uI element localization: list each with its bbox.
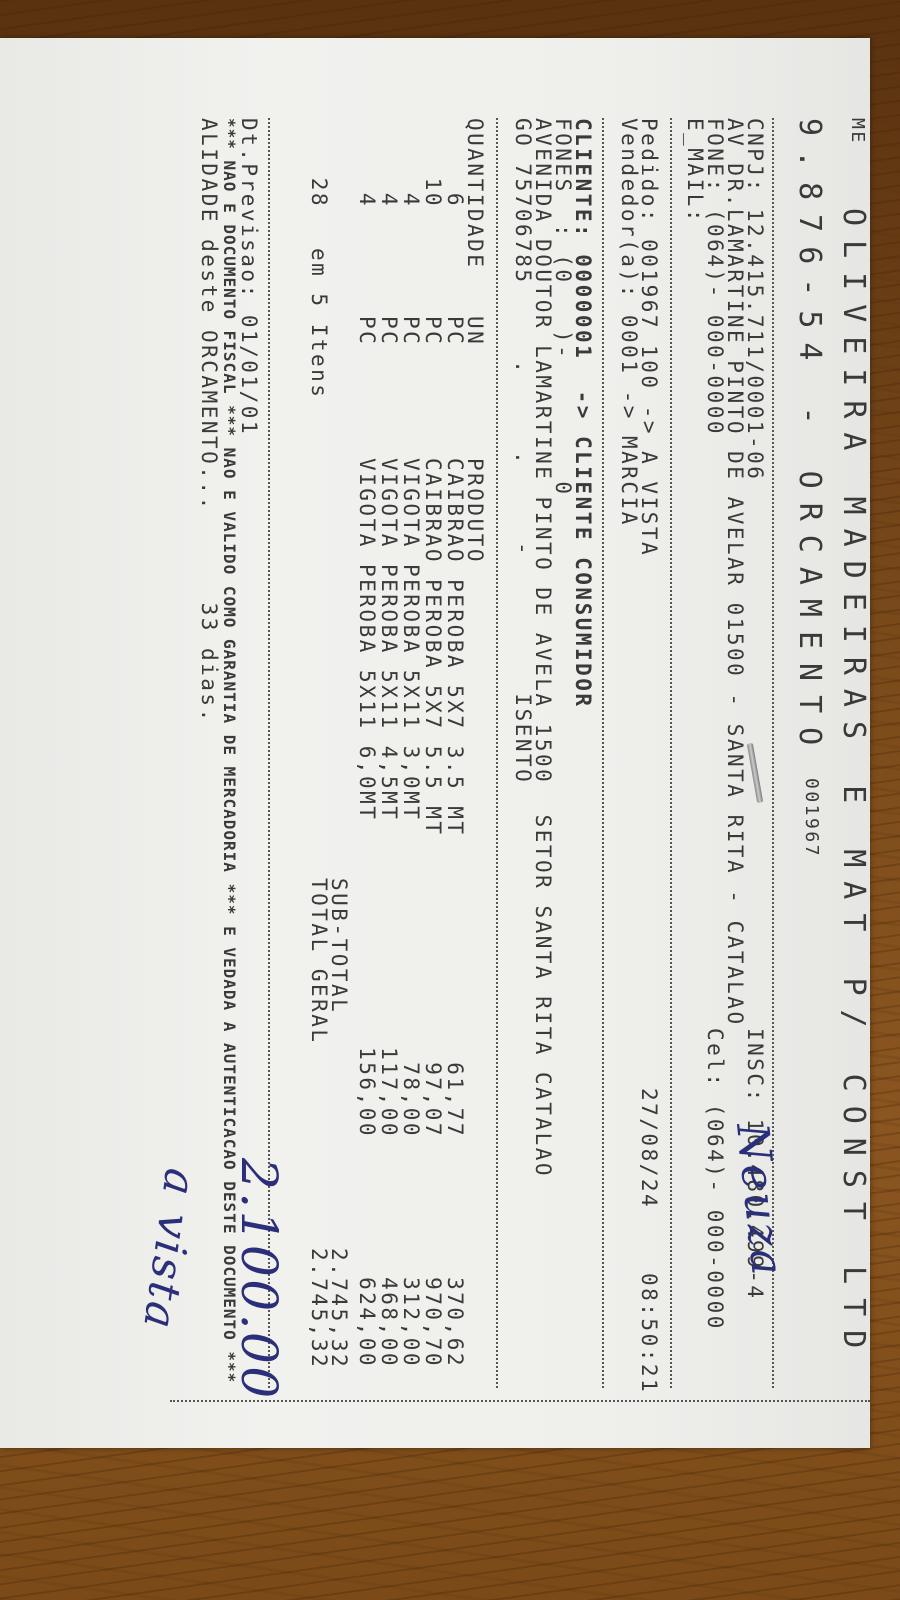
- receipt-paper: ME OLIVEIRA MADEIRAS E MAT P/ CONST LTD …: [0, 38, 870, 1448]
- client-address: AVENIDA DOUTOR LAMARTINE PINTO DE AVELA …: [532, 118, 554, 1178]
- subtotal-value: 2.745,32: [328, 1248, 350, 1368]
- total-cell: 624,00: [356, 1248, 378, 1368]
- handwritten-name: Neuza: [740, 1122, 778, 1278]
- total-cell: 370,62: [444, 1248, 466, 1368]
- qty-cell: 4: [356, 138, 378, 208]
- total-quantity: 28: [308, 168, 330, 208]
- client-cep: GO 75706785 . . - ISENTO: [512, 118, 534, 784]
- column-total: 370,62 970,70 312,00 468,00 624,00: [356, 1248, 466, 1368]
- product-cell: CAIBRAO PEROBA 5X7 5.5 MT: [422, 458, 444, 837]
- unit-price-cell: 156,00: [356, 1028, 378, 1138]
- item-count: em 5 Itens: [308, 248, 330, 399]
- forecast-date: Dt.Previsao: 01/01/01: [238, 118, 260, 436]
- qty-cell: 4: [378, 138, 400, 208]
- product-cell: VIGOTA PEROBA 5X11 6,0MT: [356, 458, 378, 837]
- unit-price-cell: 61,77: [444, 1028, 466, 1138]
- unit-price-cell: 117,00: [378, 1028, 400, 1138]
- validity: ALIDADE deste ORCAMENTO... 33 dias.: [198, 118, 220, 724]
- total-cell: 468,00: [378, 1248, 400, 1368]
- handwritten-note: a vista: [147, 1167, 191, 1332]
- unit-cell: PC: [378, 316, 400, 346]
- unit-price-cell: 97,07: [422, 1028, 444, 1138]
- unit-price-cell: 78,00: [400, 1028, 422, 1138]
- qty-cell: 4: [400, 138, 422, 208]
- column-header-unit: UN: [464, 316, 486, 346]
- document-title: 9.876-54 - ORCAMENTO: [798, 118, 820, 759]
- unit-cell: PC: [422, 316, 444, 346]
- total-value: 2.745,32: [308, 1248, 330, 1368]
- unit-cell: PC: [400, 316, 422, 346]
- column-product: CAIBRAO PEROBA 5X7 3.5 MT CAIBRAO PEROBA…: [356, 458, 466, 837]
- column-header-quantity: QUANTIDADE: [464, 118, 486, 269]
- order-number: Pedido: 001967 100 -> A VISTA: [638, 118, 660, 557]
- company-phone: FONE: (064)- 000-0000: [704, 118, 726, 436]
- qty-cell: 6: [444, 138, 466, 208]
- cnpj: CNPJ: 12.415.711/0001-06: [744, 118, 766, 481]
- total-cell: 312,00: [400, 1248, 422, 1368]
- client-phone: FONES : (0 )- 0: [552, 118, 574, 497]
- company-name: OLIVEIRA MADEIRAS E MAT P/ CONST LTD: [842, 208, 864, 1362]
- divider: [496, 118, 498, 1388]
- company-cell: Cel: (064)- 000-0000: [704, 1028, 726, 1331]
- product-cell: VIGOTA PEROBA 5X11 3,0MT: [400, 458, 422, 837]
- document-number: 001967: [800, 778, 822, 858]
- product-cell: CAIBRAO PEROBA 5X7 3.5 MT: [444, 458, 466, 837]
- total-cell: 970,70: [422, 1248, 444, 1368]
- column-unit-price: 61,77 97,07 78,00 117,00 156,00: [356, 1028, 466, 1138]
- order-time: 08:50:21: [638, 1273, 660, 1394]
- unit-cell: PC: [356, 316, 378, 346]
- column-header-product: PRODUTO: [464, 458, 486, 564]
- client-id: CLIENTE: 0000001 -> CLIENTE CONSUMIDOR: [572, 118, 594, 709]
- subtotal-label: SUB-TOTAL: [328, 878, 350, 1014]
- company-address: AV DR.LAMARTINE PINTO DE AVELAR 01500 - …: [724, 118, 746, 1027]
- product-cell: VIGOTA PEROBA 5X11 4,5MT: [378, 458, 400, 837]
- header-fragment: ME: [846, 118, 868, 145]
- handwritten-amount: 2.100.00: [248, 1158, 270, 1401]
- order-date: 27/08/24: [638, 1088, 660, 1209]
- qty-cell: 10: [422, 138, 444, 208]
- company-email: E_MAIL:: [684, 118, 706, 224]
- column-quantity: 6 10 4 4 4: [356, 138, 466, 208]
- column-unit: PC PC PC PC PC: [356, 316, 466, 346]
- total-label: TOTAL GERAL: [308, 878, 330, 1045]
- divider: [602, 118, 604, 1388]
- receipt-content: ME OLIVEIRA MADEIRAS E MAT P/ CONST LTD …: [50, 78, 870, 1428]
- salesperson: Vendedor(a): 0001 -> MARCIA: [618, 118, 640, 527]
- divider: [670, 118, 672, 1388]
- unit-cell: PC: [444, 316, 466, 346]
